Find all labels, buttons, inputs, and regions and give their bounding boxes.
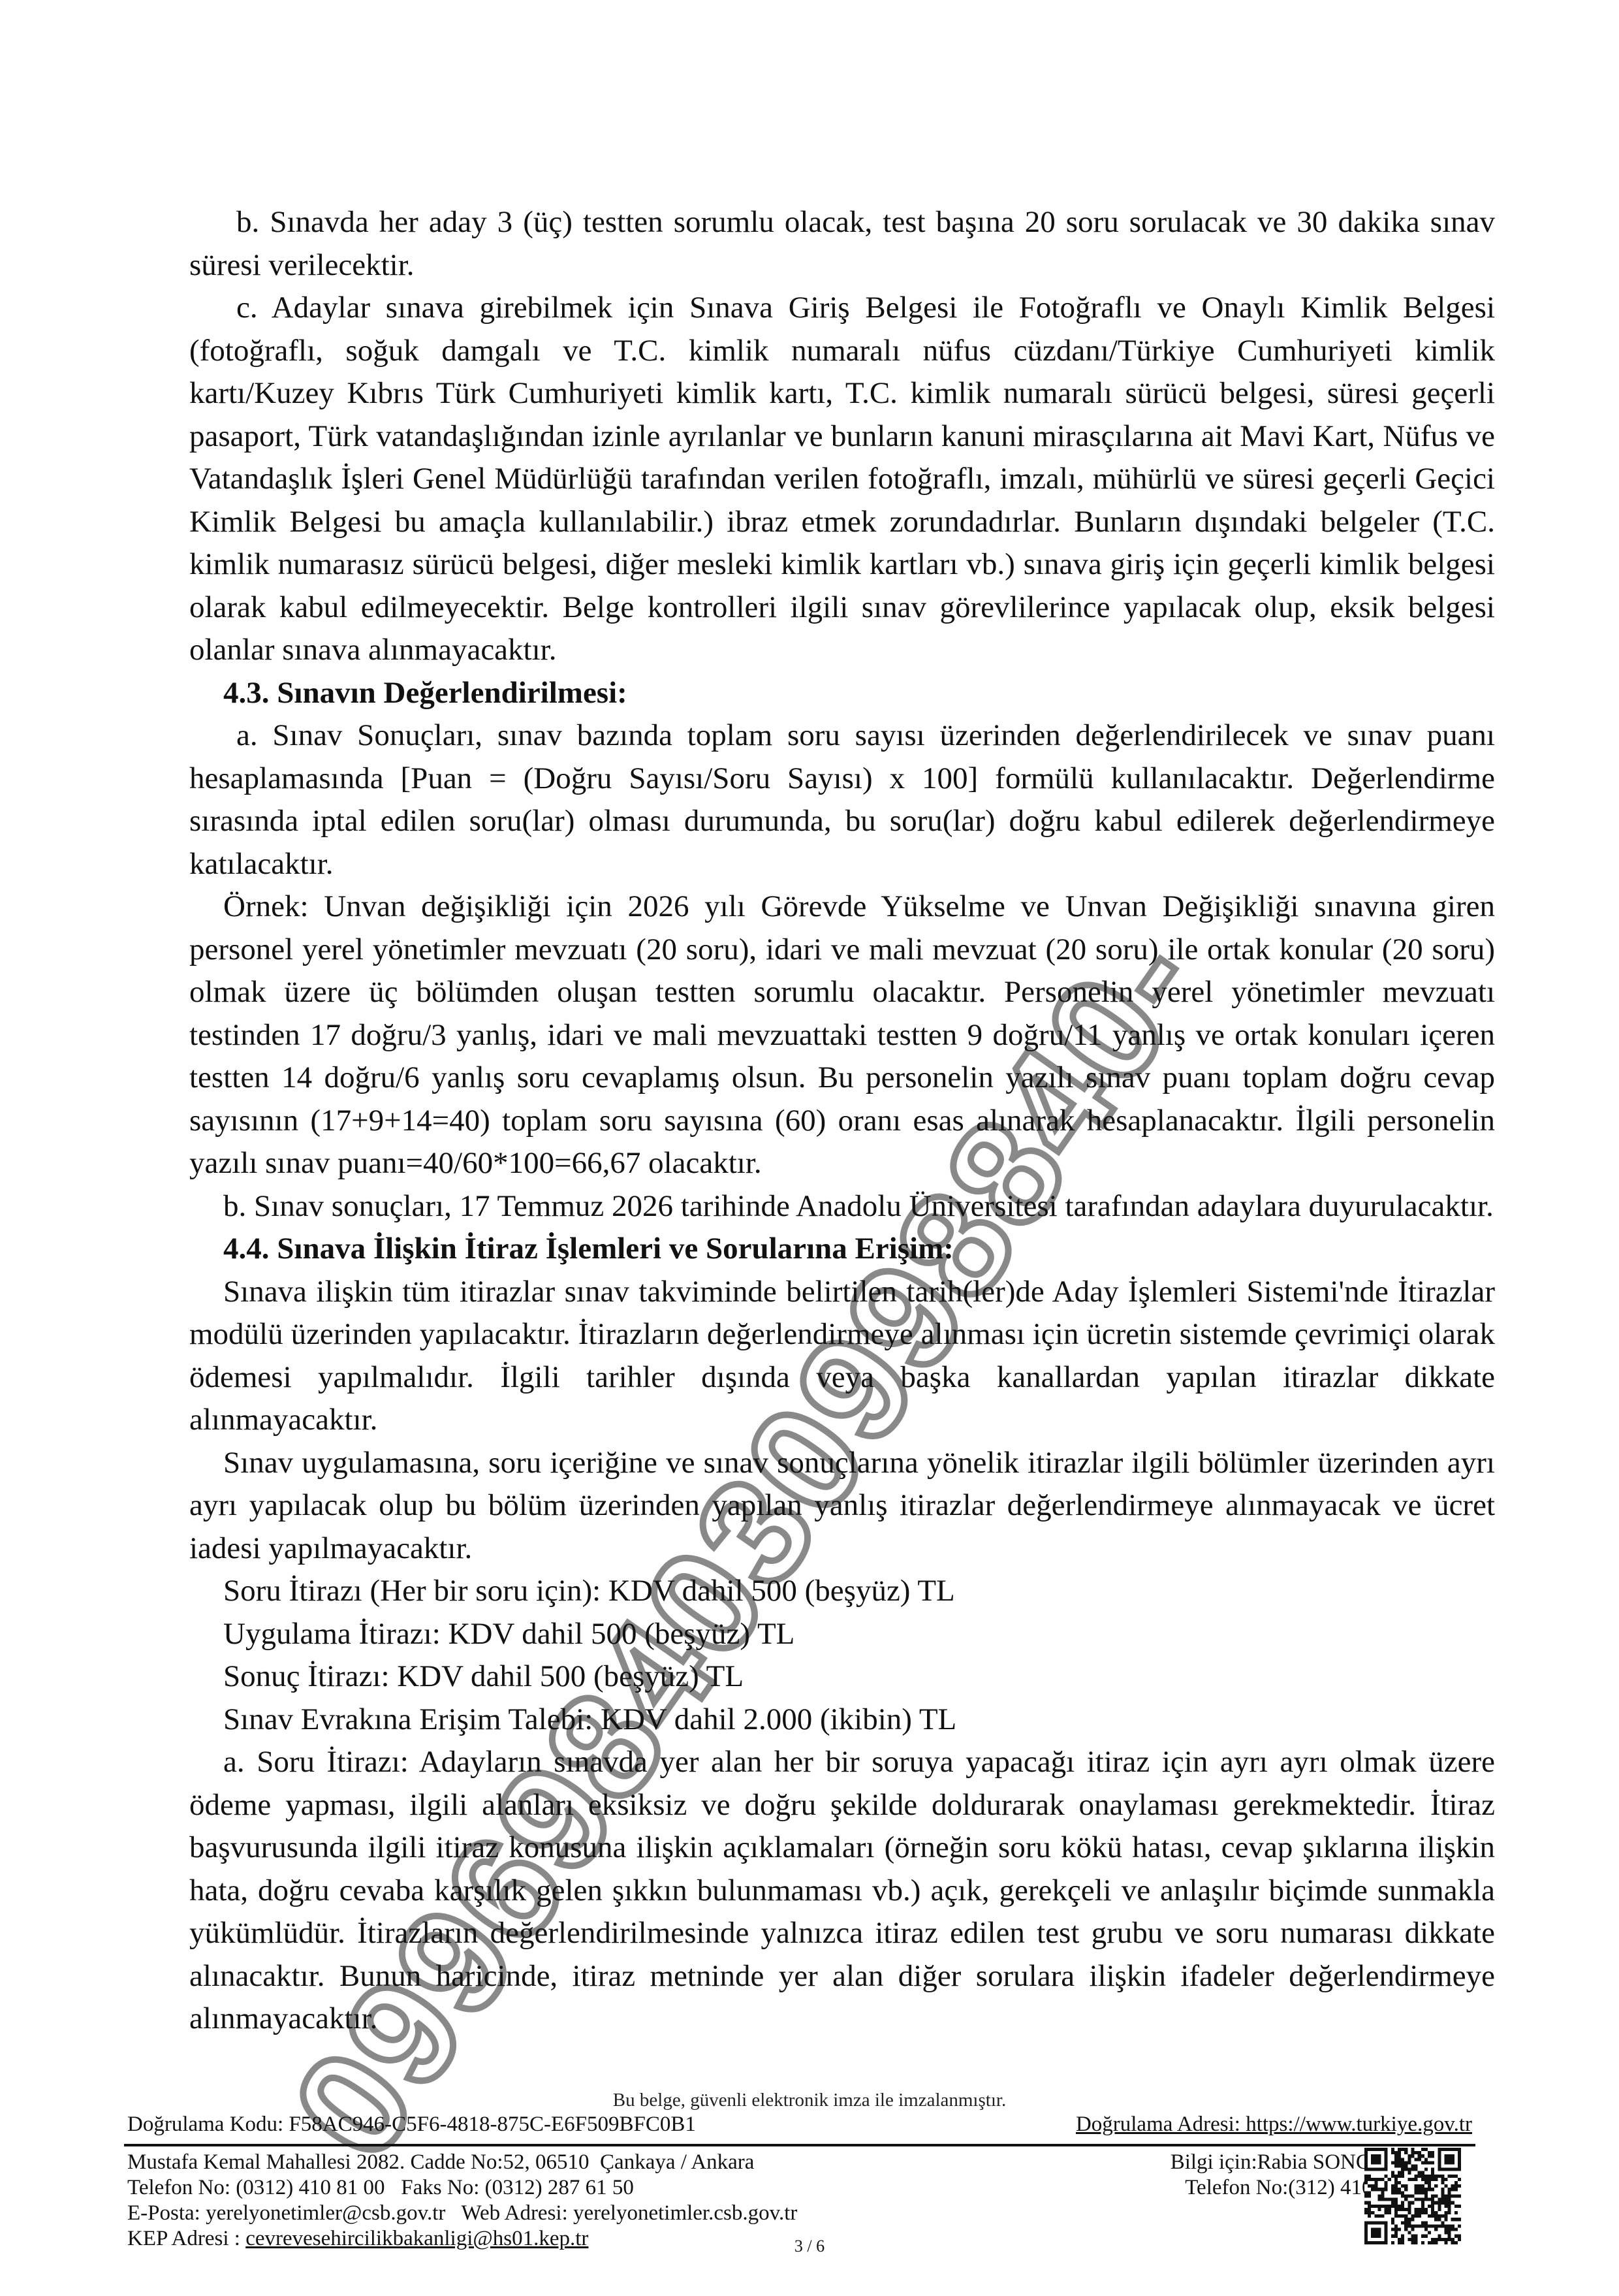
e-signature-note: Bu belge, güvenli elektronik imza ile im… [0,2090,1619,2111]
paragraph-b-duration: b. Sınavda her aday 3 (üç) testten sorum… [189,201,1495,287]
heading-4-4: 4.4. Sınava İlişkin İtiraz İşlemleri ve … [189,1228,1495,1271]
fee-question-objection: Soru İtirazı (Her bir soru için): KDV da… [189,1570,1495,1613]
verification-address-link[interactable]: Doğrulama Adresi: https://www.turkiye.go… [1076,2113,1472,2137]
paragraph-b-announcement: b. Sınav sonuçları, 17 Temmuz 2026 tarih… [189,1185,1495,1228]
page-number: 3 / 6 [0,2237,1619,2256]
paragraph-a-question-objection: a. Soru İtirazı: Adayların sınavda yer a… [189,1741,1495,2041]
document-body: b. Sınavda her aday 3 (üç) testten sorum… [189,201,1495,2041]
qr-code-icon [1364,2147,1461,2245]
fee-document-access: Sınav Evrakına Erişim Talebi: KDV dahil … [189,1698,1495,1742]
document-page: 0996984030998840- b. Sınavda her aday 3 … [0,0,1619,2296]
fee-result-objection: Sonuç İtirazı: KDV dahil 500 (beşyüz) TL [189,1655,1495,1698]
heading-4-3: 4.3. Sınavın Değerlendirilmesi: [189,672,1495,715]
fee-application-objection: Uygulama İtirazı: KDV dahil 500 (beşyüz)… [189,1613,1495,1656]
paragraph-example: Örnek: Unvan değişikliği için 2026 yılı … [189,885,1495,1185]
paragraph-objections-sections: Sınav uygulamasına, soru içeriğine ve sı… [189,1442,1495,1571]
email-web: E-Posta: yerelyonetimler@csb.gov.tr Web … [127,2201,797,2226]
footer-divider [124,2144,1475,2146]
verification-code: Doğrulama Kodu: F58AC946-C5F6-4818-875C-… [127,2113,696,2137]
address: Mustafa Kemal Mahallesi 2082. Cadde No:5… [127,2150,797,2175]
verification-row: Doğrulama Kodu: F58AC946-C5F6-4818-875C-… [127,2113,1472,2139]
paragraph-c-documents: c. Adaylar sınava girebilmek için Sınava… [189,287,1495,672]
phone-fax: Telefon No: (0312) 410 81 00 Faks No: (0… [127,2175,797,2201]
paragraph-a-results: a. Sınav Sonuçları, sınav bazında toplam… [189,714,1495,885]
paragraph-objections-intro: Sınava ilişkin tüm itirazlar sınav takvi… [189,1271,1495,1442]
